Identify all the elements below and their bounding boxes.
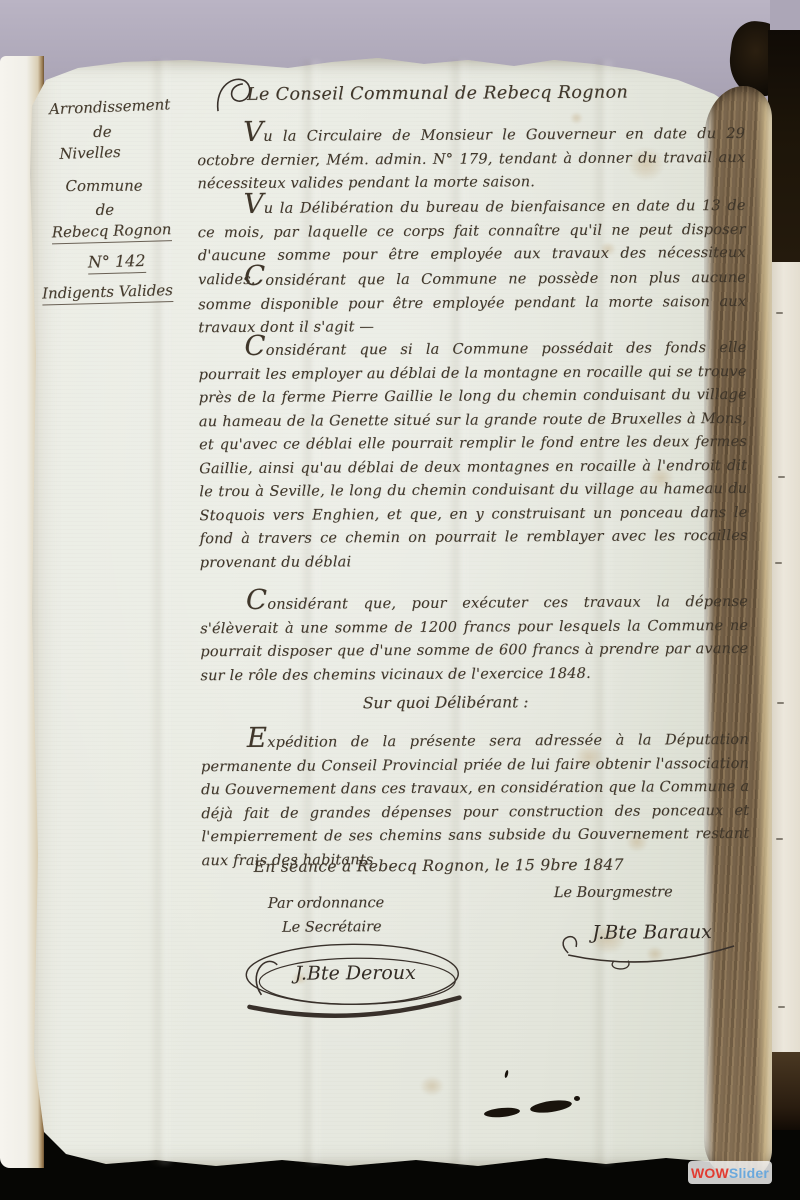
ink-dot <box>574 1096 580 1101</box>
deliberation-heading: Sur quoi Délibérant : <box>331 693 561 712</box>
document-text-layer: Arrondissement de Nivelles Commune de Re… <box>0 0 800 1200</box>
signature-right-role: Le Bourgmestre <box>554 884 673 901</box>
document-title: Le Conseil Communal de Rebecq Rognon <box>247 82 747 105</box>
watermark-wow: WOW <box>691 1165 729 1181</box>
watermark-slider: Slider <box>729 1165 769 1181</box>
margin-subject: Indigents Valides <box>42 281 173 306</box>
margin-de: de <box>93 123 112 141</box>
paragraph-considerant-1: Considérant que la Commune ne possède no… <box>198 262 746 341</box>
margin-commune-label: Commune <box>65 177 142 195</box>
paragraph-considerant-3: Considérant que, pour exécuter ces trava… <box>200 586 749 688</box>
closing-date-line: En séance à Rebecq Rognon, le 15 9bre 18… <box>254 856 624 876</box>
wowslider-watermark[interactable]: WOWSlider <box>688 1161 772 1184</box>
paragraph-expedition: Expédition de la présente sera adressée … <box>201 724 750 873</box>
paragraph-vu-circulaire: Vu la Circulaire de Monsieur le Gouverne… <box>197 118 745 197</box>
margin-commune-name: Rebecq Rognon <box>51 220 171 244</box>
secretary-signature: J.Bte Deroux <box>237 934 473 1023</box>
bourgmestre-signature: J.Bte Baraux <box>554 908 754 975</box>
margin-arrondissement-name: Nivelles <box>59 143 121 163</box>
photograph-of-manuscript: Arrondissement de Nivelles Commune de Re… <box>0 0 800 1200</box>
bourgmestre-name: J.Bte Baraux <box>588 921 712 944</box>
secretary-name: J.Bte Deroux <box>291 962 416 985</box>
signature-left-ordinance: Par ordonnance <box>268 895 384 912</box>
paragraph-considerant-2: Considérant que si la Commune possédait … <box>198 332 747 575</box>
margin-arrondissement-label: Arrondissement <box>49 95 171 118</box>
margin-act-number: N° 142 <box>88 251 146 275</box>
margin-de: de <box>96 201 115 219</box>
